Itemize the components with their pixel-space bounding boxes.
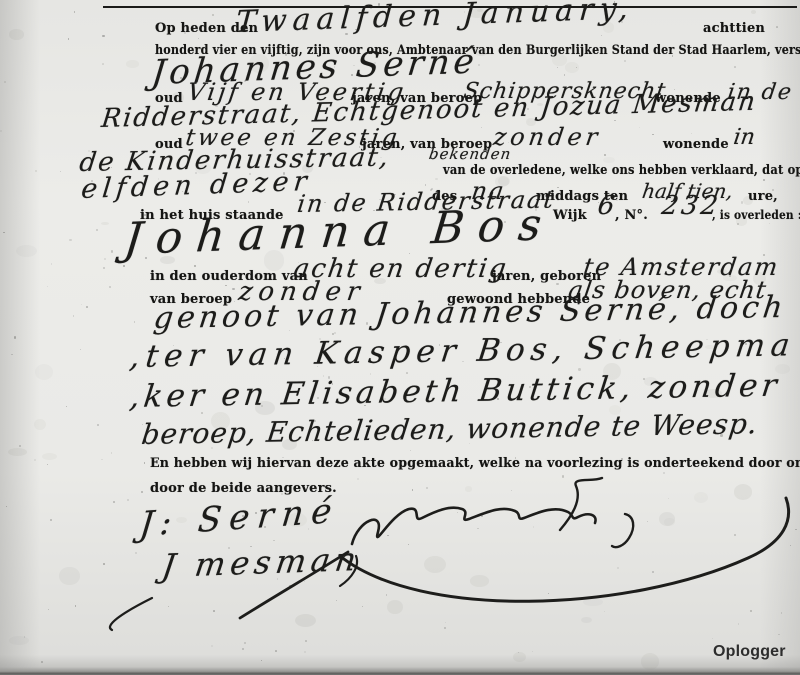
signature-serne: J: Serné — [138, 494, 341, 542]
house-no-label: , N°. — [615, 209, 648, 222]
parents-line-1: genoot van Johannes Serné, doch — [152, 293, 788, 334]
wijk-label: Wijk — [553, 209, 587, 222]
signature-mesman: J mesman — [160, 543, 363, 582]
death-day: elfden dezer — [80, 168, 313, 203]
death-record-scan: Op heden den Twaalfden January, achttien… — [0, 0, 800, 675]
date-handwritten: Twaalfden January, — [235, 0, 635, 38]
parents-line-2: ,ter van Kasper Bos, Scheepma — [128, 330, 797, 373]
declarant2-residence-start: in — [732, 127, 756, 149]
ure-label: ure, — [748, 190, 778, 203]
relation-print: van de overledene, welke ons hebben verk… — [443, 164, 800, 177]
overleden-label: , is overleden : — [712, 209, 800, 222]
closing-line-1: En hebben wij hiervan deze akte opgemaak… — [150, 457, 800, 470]
parents-line-4: beroep, Echtelieden, wonende te Weesp. — [140, 410, 760, 449]
relation-superscript: bekenden — [428, 147, 512, 162]
year-start: achttien — [703, 22, 765, 35]
watermark-label: Oplogger — [713, 643, 786, 661]
wijk-number: 6 — [596, 193, 616, 219]
scan-bottom-edge — [0, 667, 800, 675]
declarant2-wonende-label: wonende — [663, 138, 729, 151]
parents-line-3: ,ker en Elisabeth Buttick, zonder — [128, 371, 782, 413]
